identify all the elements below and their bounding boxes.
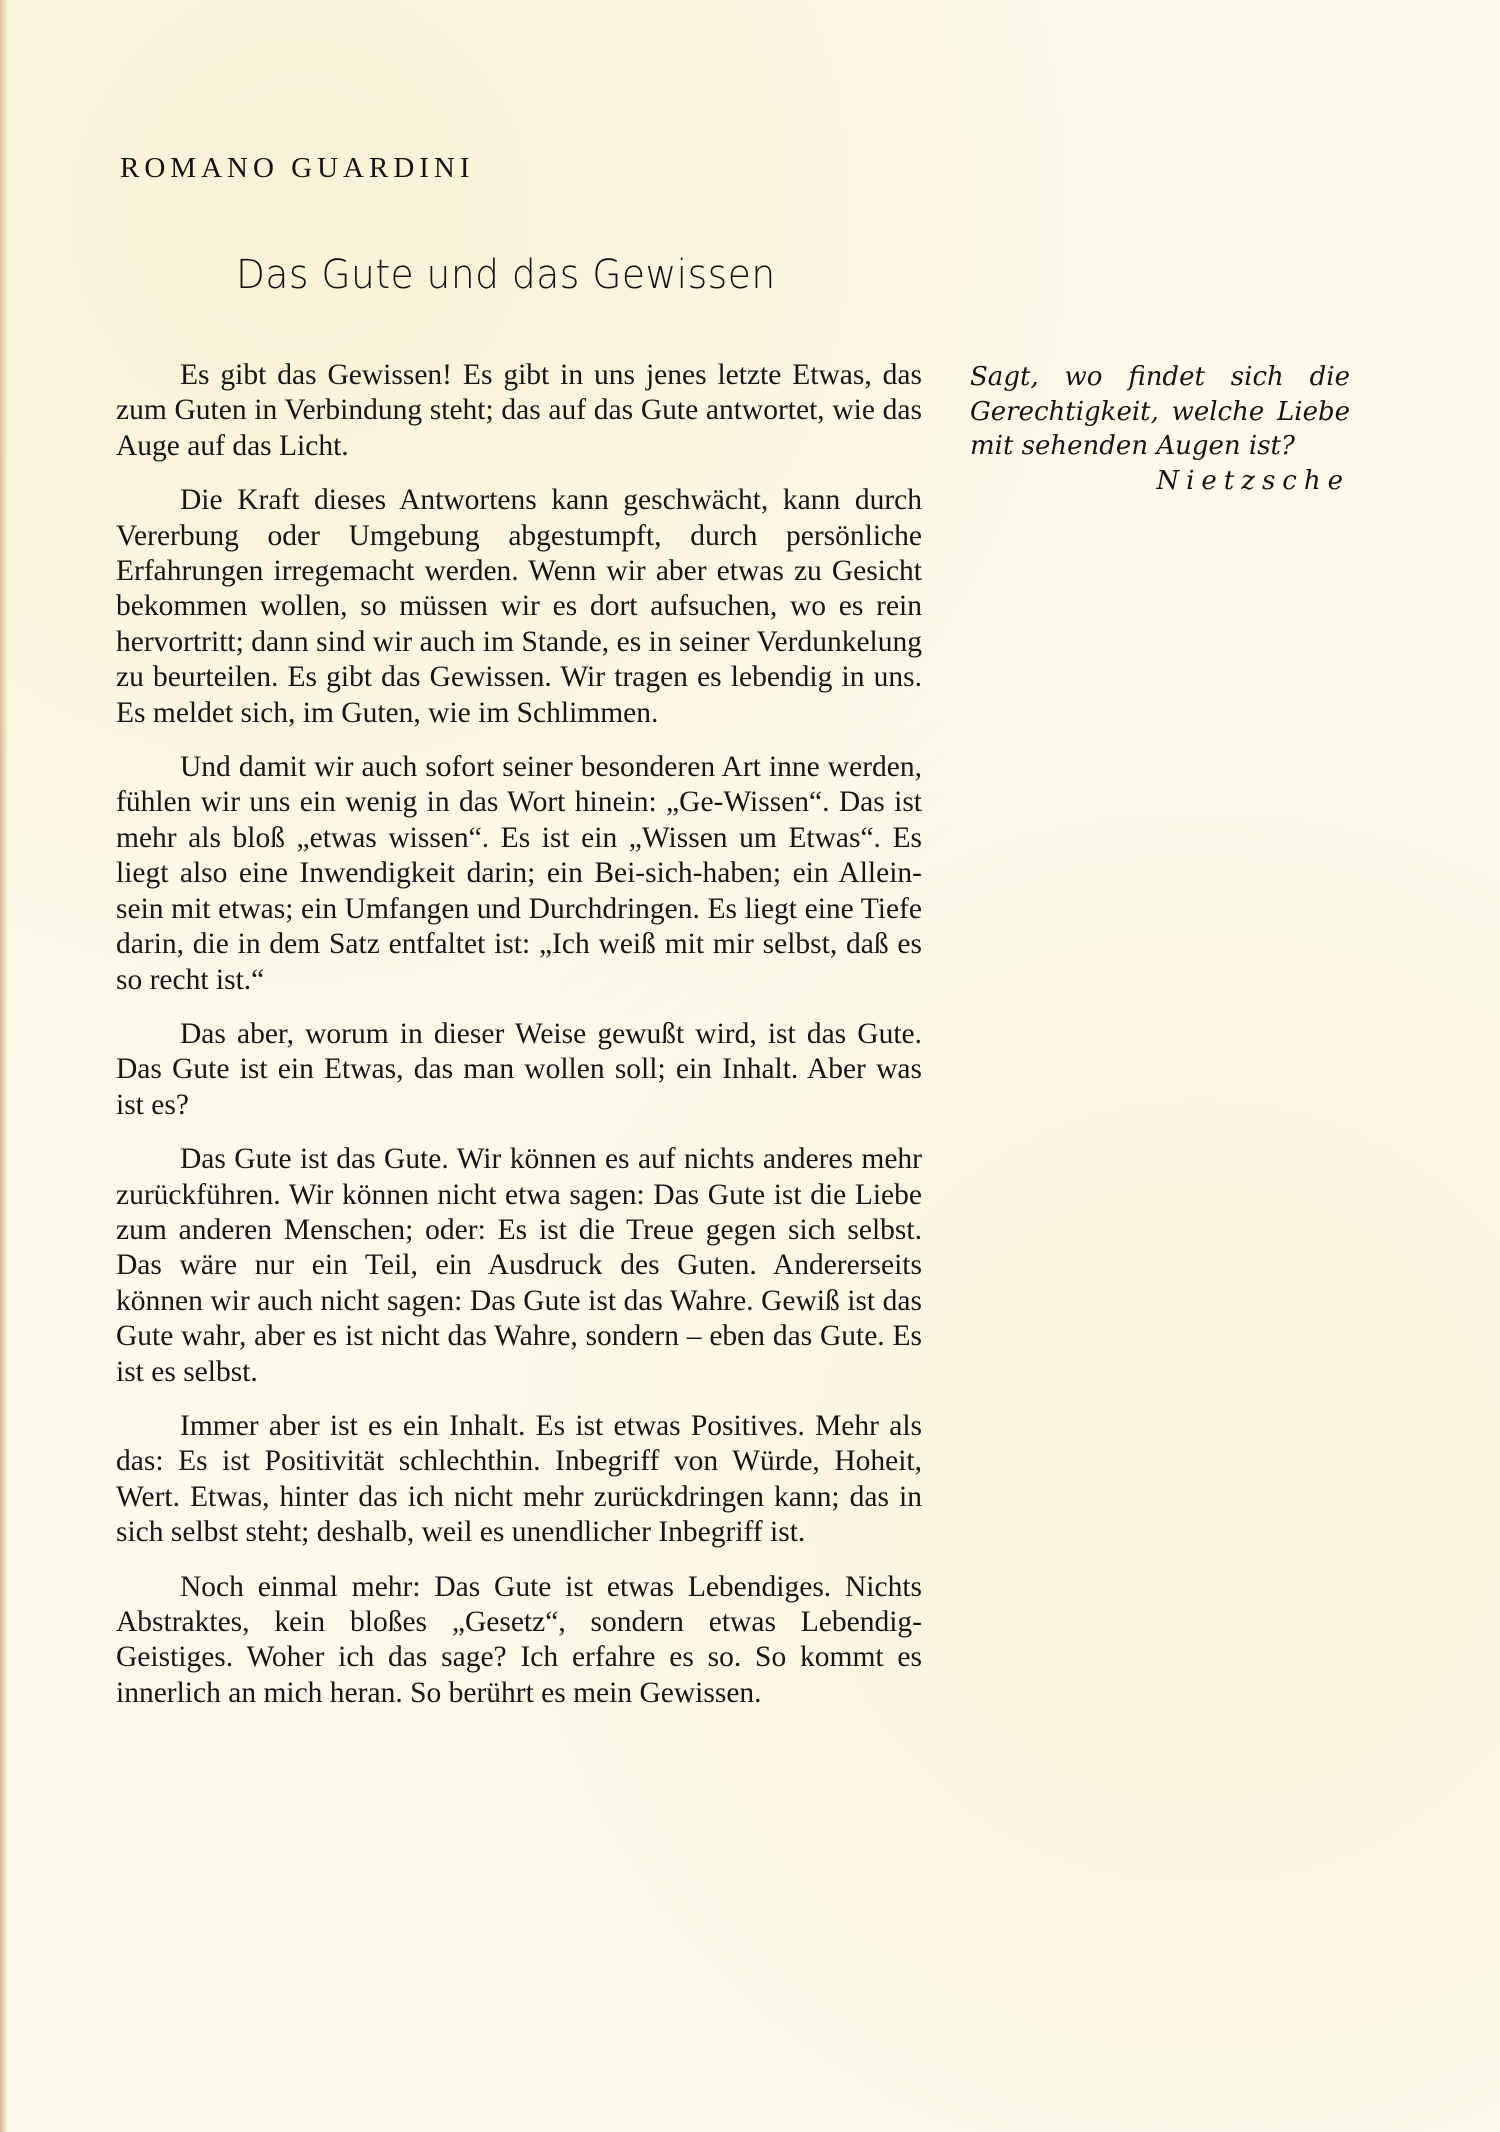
author-name: ROMANO GUARDINI xyxy=(120,152,475,185)
article-body: Es gibt das Gewissen! Es gibt in uns jen… xyxy=(116,358,922,1730)
paragraph: Das aber, worum in dieser Weise gewußt w… xyxy=(116,1017,922,1123)
paragraph: Noch einmal mehr: Das Gute ist etwas Leb… xyxy=(116,1570,922,1712)
paragraph: Das Gute ist das Gute. Wir können es auf… xyxy=(116,1142,922,1390)
paragraph: Es gibt das Gewissen! Es gibt in uns jen… xyxy=(116,358,922,464)
paragraph: Immer aber ist es ein Inhalt. Es ist etw… xyxy=(116,1409,922,1551)
article-title: Das Gute und das Gewissen xyxy=(236,252,776,298)
epigraph: Sagt, wo findet sich die Gerechtigkeit, … xyxy=(970,360,1350,498)
epigraph-quote: Sagt, wo findet sich die Gerechtigkeit, … xyxy=(970,362,1350,461)
paragraph: Und damit wir auch sofort seiner besonde… xyxy=(116,750,922,998)
epigraph-source: Nietzsche xyxy=(1156,464,1350,499)
paragraph: Die Kraft dieses Antwortens kann geschwä… xyxy=(116,483,922,731)
page-edge xyxy=(0,0,8,2132)
